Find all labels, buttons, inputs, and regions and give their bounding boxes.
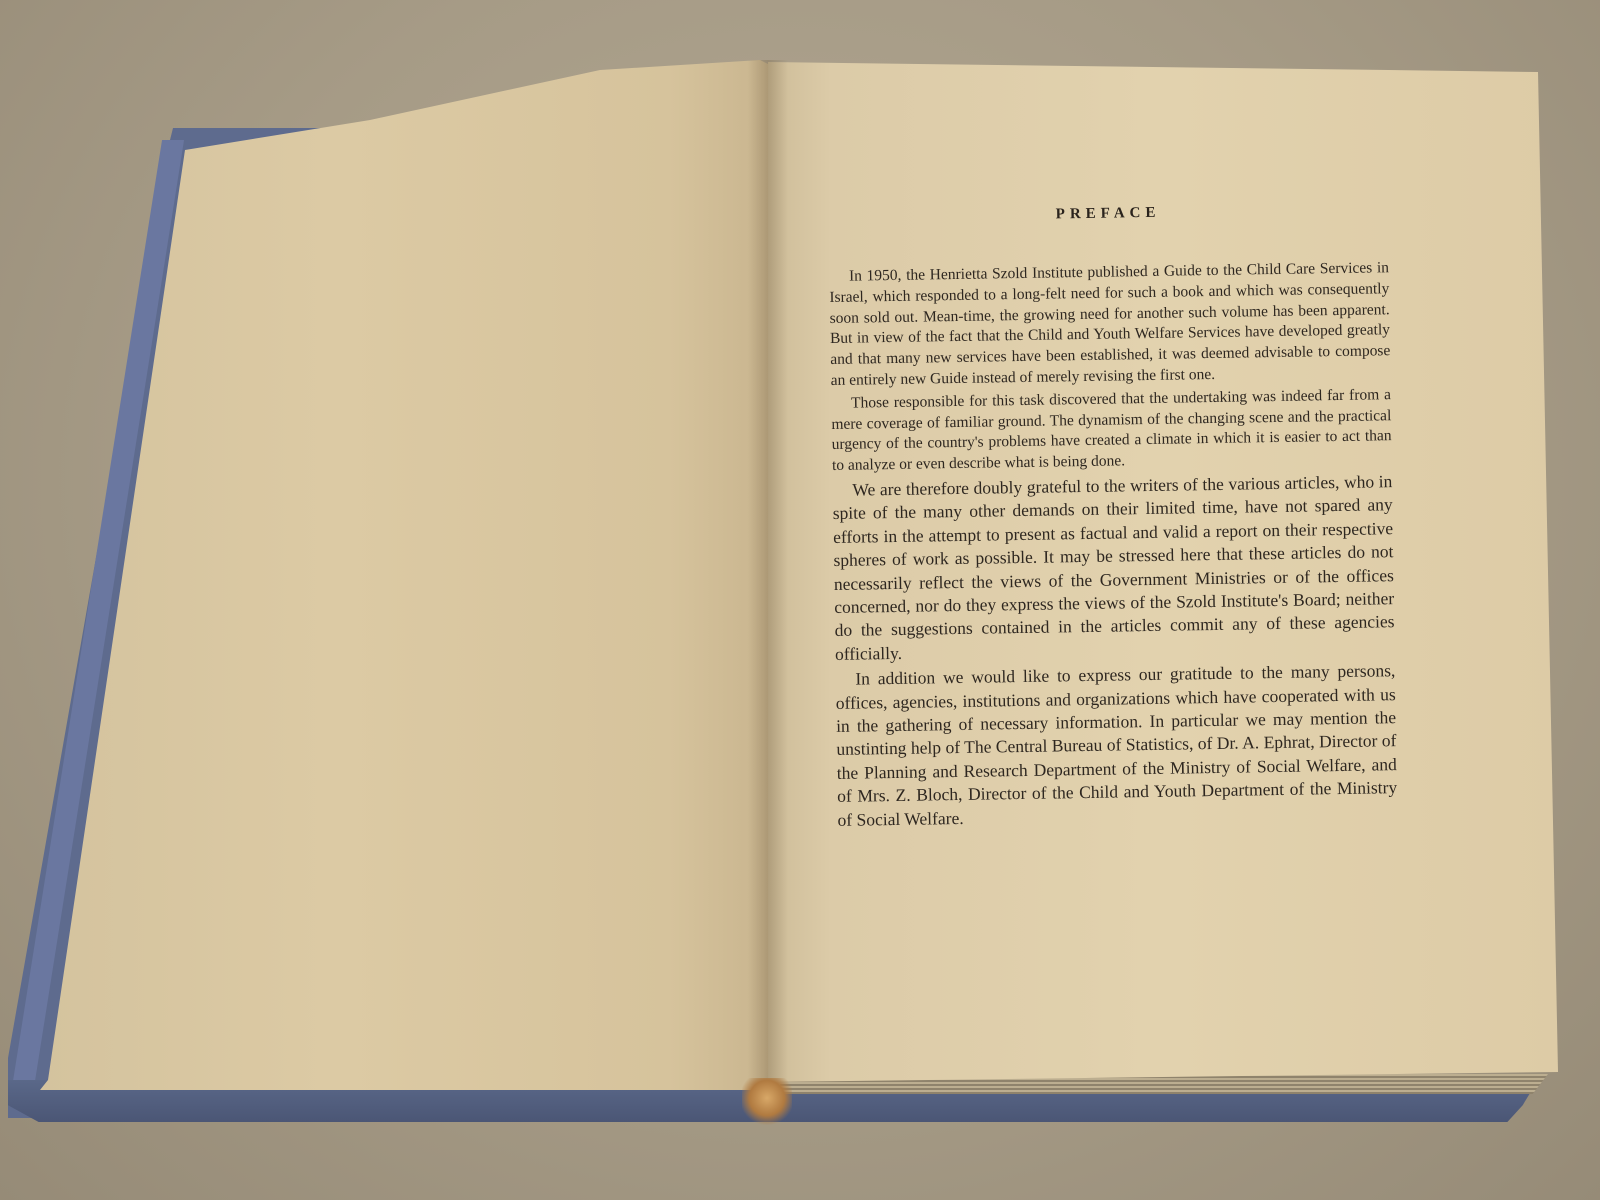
book-gutter: [748, 60, 788, 1085]
paragraph: We are therefore doubly grateful to the …: [832, 470, 1395, 666]
paragraph: In addition we would like to express our…: [835, 659, 1398, 832]
book-photo: PREFACE In 1950, the Henrietta Szold Ins…: [0, 0, 1600, 1200]
spine-fray: [742, 1078, 792, 1128]
preface-text: PREFACE In 1950, the Henrietta Szold Ins…: [828, 201, 1398, 834]
paragraph: In 1950, the Henrietta Szold Institute p…: [829, 258, 1391, 392]
paragraph: Those responsible for this task discover…: [831, 385, 1392, 477]
